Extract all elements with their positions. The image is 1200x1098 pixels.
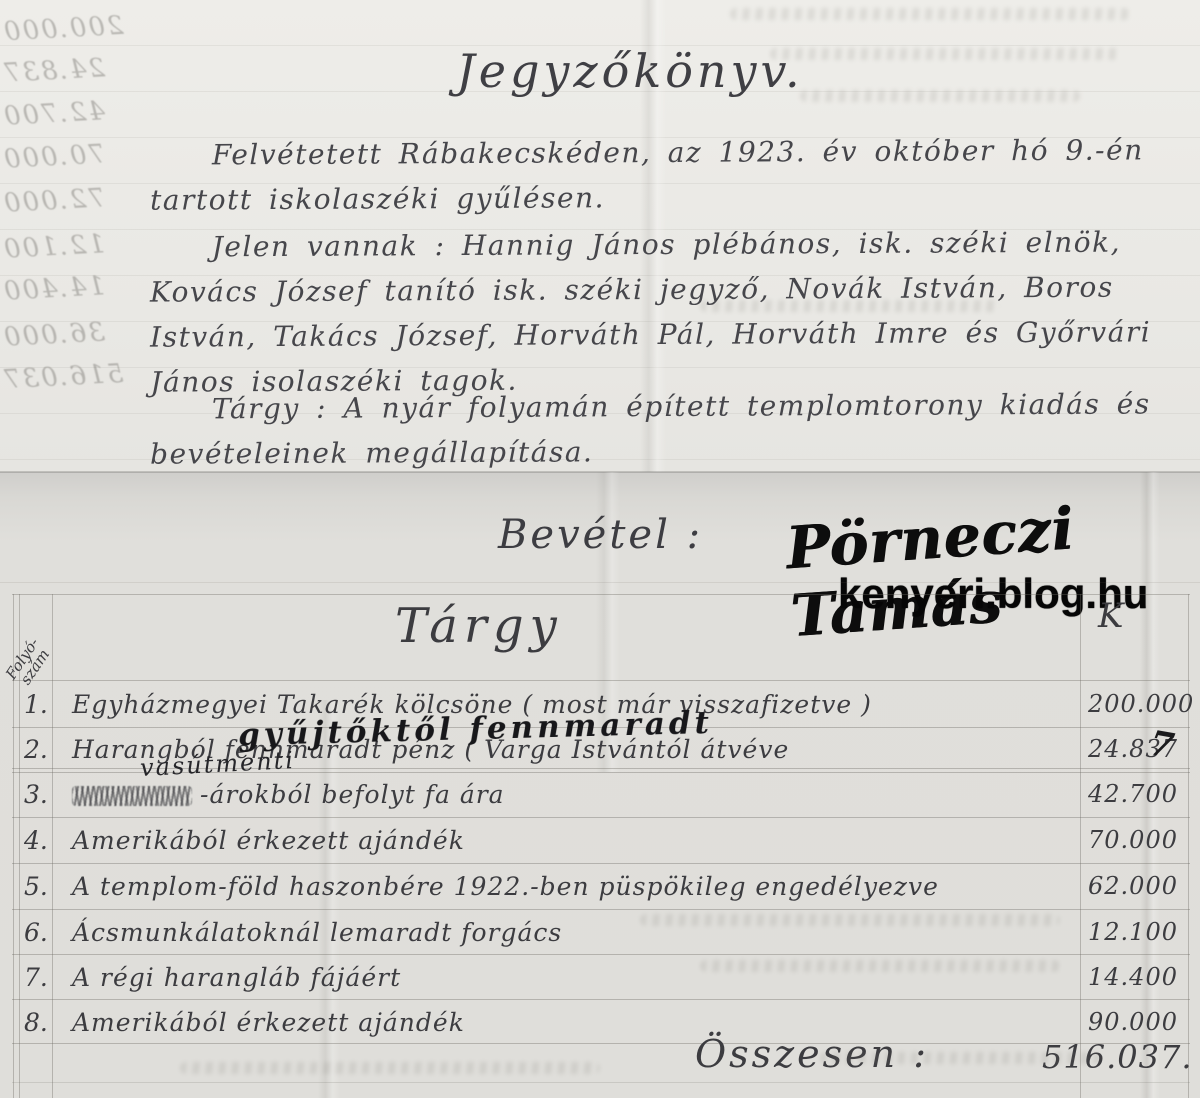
row-number: 5. xyxy=(24,872,58,901)
bleedthrough-text-line xyxy=(640,914,1060,926)
table-rule-line xyxy=(12,1082,1190,1083)
row-subject: Amerikából érkezett ajándék xyxy=(72,1008,465,1037)
bleedthrough-text-line xyxy=(730,8,1130,20)
watermark-author: Pörneczi Tamás xyxy=(784,486,1200,650)
table-row: 3. -árokból befolyt fa ára vasútmenti 42… xyxy=(0,772,1200,817)
income-heading: Bevétel : xyxy=(498,512,703,558)
row-number: 3. xyxy=(24,780,58,809)
scanned-document: 200.000 24.837 42.700 70.000 72.000 12.1… xyxy=(0,0,1200,1098)
photo-seam xyxy=(0,471,1200,473)
paragraph-subject: Tárgy : A nyár folyamán épített templomt… xyxy=(150,381,1165,476)
row-subject-text: -árokból befolyt fa ára xyxy=(200,780,505,809)
bleedthrough-amount: 72.000 xyxy=(1,183,105,218)
row-number: 1. xyxy=(24,690,58,719)
bleedthrough-amount: 36.000 xyxy=(1,317,105,352)
row-amount: 62.000 xyxy=(1088,872,1178,900)
table-row: 8. Amerikából érkezett ajándék 90.000 xyxy=(0,1000,1200,1045)
table-row: 5. A templom-föld haszonbére 1922.-ben p… xyxy=(0,864,1200,909)
paragraph-place-date: Felvétetett Rábakecskéden, az 1923. év o… xyxy=(150,127,1165,222)
bleedthrough-amount: 516.037 xyxy=(1,359,124,395)
table-rule-line xyxy=(12,594,1190,595)
row-subject: A templom-föld haszonbére 1922.-ben püsp… xyxy=(72,872,939,901)
bleedthrough-text-line xyxy=(700,960,1060,972)
bleedthrough-text-line xyxy=(820,1052,1100,1064)
row-number: 4. xyxy=(24,826,58,855)
bleedthrough-amount: 70.000 xyxy=(1,139,105,174)
table-row: 4. Amerikából érkezett ajándék 70.000 xyxy=(0,818,1200,863)
bleedthrough-text-line xyxy=(180,1062,600,1074)
table-rule-line xyxy=(0,582,1200,583)
row-subject: -árokból befolyt fa ára xyxy=(72,780,505,809)
minutes-page-segment: 200.000 24.837 42.700 70.000 72.000 12.1… xyxy=(0,0,1200,472)
row-amount: 90.000 xyxy=(1088,1008,1178,1036)
row-amount: 42.700 xyxy=(1088,780,1178,808)
row-amount: 14.400 xyxy=(1088,963,1178,991)
table-rule-line xyxy=(12,680,1190,681)
bleedthrough-amount: 12.100 xyxy=(1,229,105,264)
row-amount: 12.100 xyxy=(1088,918,1178,946)
paragraph-attendees: Jelen vannak : Hannig János plébános, is… xyxy=(150,219,1166,404)
row-number: 7. xyxy=(24,963,58,992)
row-subject: Ácsmunkálatoknál lemaradt forgács xyxy=(72,918,562,947)
row-number: 8. xyxy=(24,1008,58,1037)
row-amount: 70.000 xyxy=(1088,826,1178,854)
column-header-currency: K xyxy=(1098,596,1123,636)
row-amount: 200.000 xyxy=(1088,690,1194,718)
row-number: 6. xyxy=(24,918,58,947)
bleedthrough-amount: 42.700 xyxy=(1,96,105,131)
bleedthrough-amount: 14.400 xyxy=(1,271,105,306)
row-number: 2. xyxy=(24,735,58,764)
bleedthrough-amount: 200.000 xyxy=(1,11,124,47)
column-header-subject: Tárgy xyxy=(395,598,563,654)
row-subject: Amerikából érkezett ajándék xyxy=(72,826,465,855)
scribbled-out-word xyxy=(72,786,192,806)
document-title: Jegyzőkönyv. xyxy=(80,44,1180,98)
row-subject: A régi harangláb fájáért xyxy=(72,963,401,992)
